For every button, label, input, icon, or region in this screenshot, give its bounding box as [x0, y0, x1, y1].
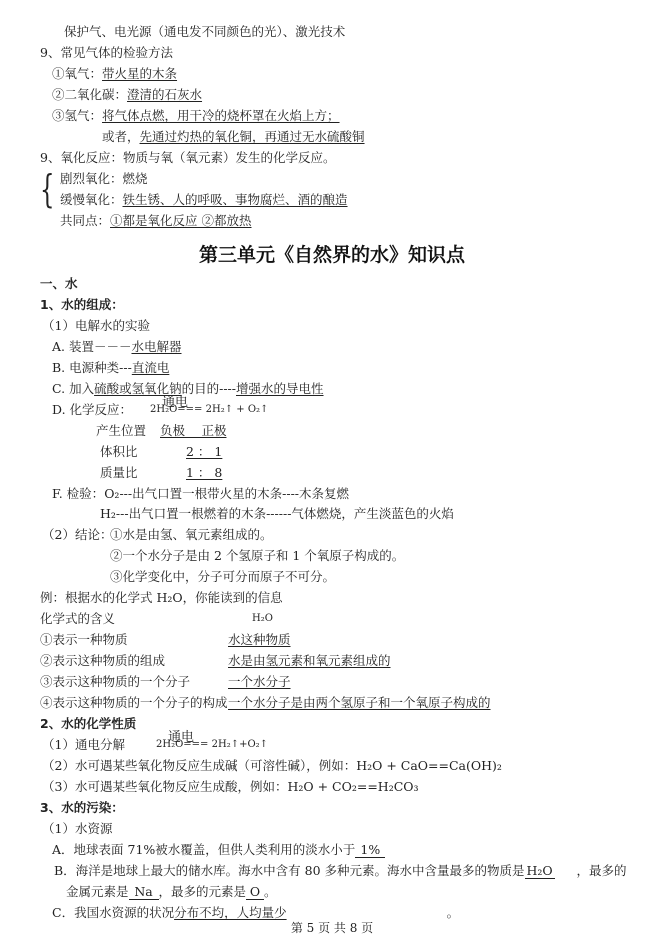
item-b: B. 电源种类---直流电 — [52, 360, 169, 376]
brace-icon: { — [40, 170, 55, 208]
violent-oxidation: 剧烈氧化：燃烧 — [60, 171, 148, 187]
example-row-1-left: ①表示一种物质 — [40, 632, 128, 648]
pollution-heading: 3、水的污染： — [40, 800, 124, 816]
chemical-p3: （3）水可遇某些氧化物反应生成酸，例如：H₂O + CO₂==H₂CO₃ — [42, 779, 419, 795]
conclusion-label: （2）结论： — [42, 527, 112, 543]
example-col-left: 化学式的含义 — [40, 611, 115, 627]
example-row-1-right: 水这种物质 — [228, 632, 291, 648]
h2-test: ③氢气：将气体点燃，用干冷的烧杯罩在火焰上方； — [52, 108, 340, 124]
resource-b2: 金属元素是Na，最多的元素是O。 — [66, 884, 277, 900]
chemical-p2: （2）水可遇某些氧化物反应生成碱（可溶性碱），例如：H₂O + CaO==Ca(… — [42, 758, 502, 774]
resource-b: B．海洋是地球上最大的储水库。海水中含有 80 多种元素。海水中含量最多的物质是… — [54, 863, 627, 879]
chemical-heading: 2、水的化学性质 — [40, 716, 136, 732]
page-title: 第三单元《自然界的水》知识点 — [0, 240, 664, 267]
mass-label: 质量比 — [100, 465, 138, 481]
section-heading: 一、水 — [40, 276, 78, 292]
oxidation-heading: 9、氧化反应：物质与氧（氧元素）发生的化学反应。 — [40, 150, 335, 166]
example-row-4-left: ④表示这种物质的一个分子的构成 — [40, 695, 228, 711]
example-row-2-right: 水是由氢元素和氧元素组成的 — [228, 653, 391, 669]
resource-heading: （1）水资源 — [42, 821, 112, 837]
page-footer: 第 5 页 共 8 页 — [0, 919, 664, 936]
conclusion-1: ①水是由氢、氧元素组成的。 — [110, 527, 273, 543]
oxidation-common: 共同点：①都是氧化反应 ②都放热 — [60, 213, 252, 229]
example-row-2-left: ②表示这种物质的组成 — [40, 653, 165, 669]
position-value: 负极 正极 — [160, 423, 226, 439]
decomposition-equation: 通电2H₂O=== 2H₂↑+O₂↑ — [156, 739, 268, 750]
co2-test: ②二氧化碳：澄清的石灰水 — [52, 87, 202, 103]
example-col-right: H₂O — [252, 611, 273, 627]
test-h2: H₂---出气口置一根燃着的木条------气体燃烧，产生淡蓝色的火焰 — [100, 506, 454, 522]
item-d-label: D. 化学反应： — [52, 402, 132, 418]
test-o2: F. 检验：O₂---出气口置一根带火星的木条----木条复燃 — [52, 486, 349, 502]
mass-value: 1 ： 8 — [186, 465, 222, 481]
example-intro: 例：根据水的化学式 H₂O，你能读到的信息 — [40, 590, 283, 606]
example-row-4-right: 一个水分子是由两个氢原子和一个氧原子构成的 — [228, 695, 491, 711]
electrolysis-equation: 通电2H₂O=== 2H₂↑ + O₂↑ — [150, 404, 268, 415]
gas-tests-heading: 9、常见气体的检验方法 — [40, 45, 173, 61]
slow-oxidation: 缓慢氧化：铁生锈、人的呼吸、事物腐烂、酒的酿造 — [60, 192, 348, 208]
position-label: 产生位置 — [96, 423, 146, 439]
volume-label: 体积比 — [100, 444, 138, 460]
volume-value: 2 ： 1 — [186, 444, 222, 460]
example-row-3-right: 一个水分子 — [228, 674, 291, 690]
resource-a: A．地球表面 71%被水覆盖，但供人类利用的淡水小于1% — [52, 842, 385, 858]
example-row-3-left: ③表示这种物质的一个分子 — [40, 674, 190, 690]
conclusion-2: ②一个水分子是由 2 个氢原子和 1 个氧原子构成的。 — [110, 548, 404, 564]
conclusion-3: ③化学变化中，分子可分而原子不可分。 — [110, 569, 335, 585]
experiment-heading: （1）电解水的实验 — [42, 318, 150, 334]
h2-test-alt: 或者，先通过灼热的氧化铜，再通过无水硫酸铜 — [102, 129, 365, 145]
composition-heading: 1、水的组成： — [40, 297, 124, 313]
chemical-p1-label: （1）通电分解 — [42, 737, 125, 753]
oxygen-test: ①氧气：带火星的木条 — [52, 66, 177, 82]
text-line: 保护气、电光源（通电发不同颜色的光）、激光技术 — [64, 24, 345, 40]
item-a: A. 装置－－－水电解器 — [52, 339, 182, 355]
